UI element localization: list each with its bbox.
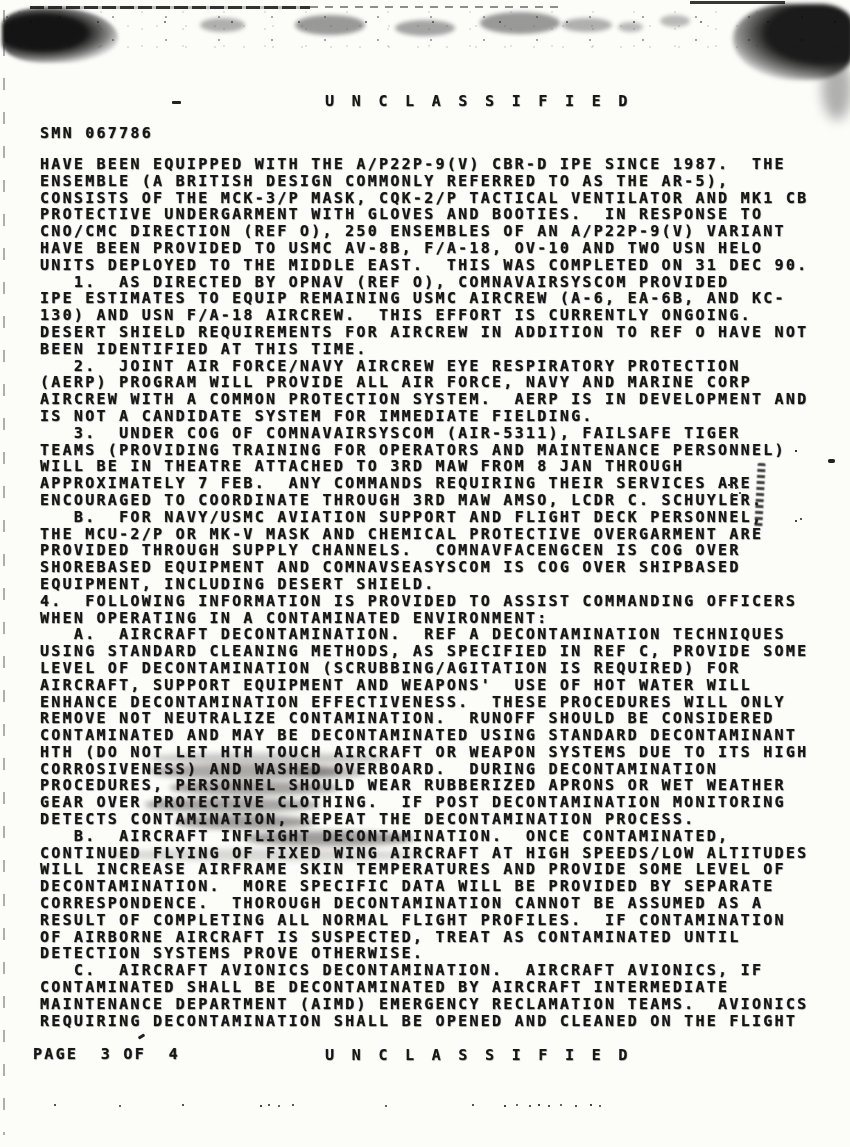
scan-noise-blotch	[660, 15, 690, 27]
ink-smudge	[145, 798, 320, 812]
scan-edge-line	[3, 10, 5, 1135]
scan-noise-top-line-3	[690, 1, 785, 4]
ink-smudge	[245, 831, 415, 846]
scan-noise-blotch	[200, 18, 245, 32]
scan-noise-blotch	[480, 12, 560, 34]
margin-dot-marks	[728, 484, 730, 486]
message-serial: SMN 067786	[40, 124, 153, 142]
classification-banner-bottom: U N C L A S S I F I E D	[325, 1046, 632, 1064]
ink-smudge	[295, 766, 365, 778]
ink-smudge	[170, 781, 340, 795]
ink-smudge	[108, 849, 428, 861]
scan-noise-blob-topright-tail	[822, 58, 850, 120]
ink-smudge	[150, 753, 390, 764]
scan-noise-blotch	[618, 22, 643, 32]
page-number-label: PAGE 3 OF 4	[33, 1045, 180, 1063]
scan-noise-blotch	[395, 20, 455, 36]
stray-tick-mark	[138, 1033, 146, 1039]
ink-smudge	[175, 815, 315, 829]
scan-dot-trail	[54, 1104, 56, 1106]
scan-noise-blotch	[562, 18, 612, 32]
message-body-text: HAVE BEEN EQUIPPED WITH THE A/P22P-9(V) …	[40, 156, 808, 1029]
scan-noise-top-line-2	[310, 6, 565, 8]
scan-noise-blotch	[295, 15, 365, 35]
classification-banner-top: U N C L A S S I F I E D	[325, 92, 632, 110]
scanned-document-page: U N C L A S S I F I E D SMN 067786 HAVE …	[0, 0, 850, 1147]
margin-dash-mark	[828, 459, 835, 463]
stray-dash-mark	[172, 101, 181, 104]
